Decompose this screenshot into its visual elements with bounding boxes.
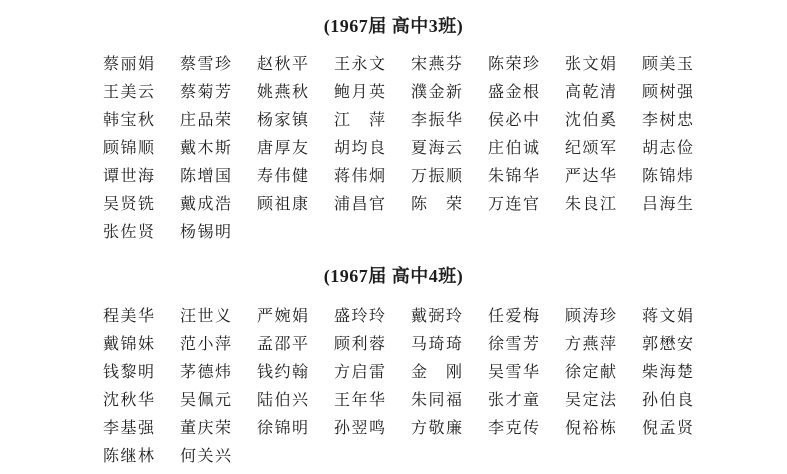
student-name: 顾利蓉 [334, 331, 411, 354]
student-name: 蔡丽娟 [103, 51, 180, 74]
student-name: 姚燕秋 [257, 79, 334, 102]
student-name: 浦昌官 [334, 191, 411, 214]
student-name: 谭世海 [103, 163, 180, 186]
student-name: 吴雪华 [488, 359, 565, 382]
student-name: 高乾清 [565, 79, 642, 102]
name-row: 韩宝秋庄品荣杨家镇江 萍李振华侯必中沈伯奚李树忠 [103, 104, 787, 132]
student-name: 严达华 [565, 163, 642, 186]
name-row: 谭世海陈增国寿伟健蒋伟炯万振顺朱锦华严达华陈锦炜 [103, 160, 787, 188]
student-name: 倪裕栋 [565, 415, 642, 438]
student-name: 徐雪芳 [488, 331, 565, 354]
student-name: 夏海云 [411, 135, 488, 158]
student-name: 戴弼玲 [411, 303, 488, 326]
student-name: 唐厚友 [257, 135, 334, 158]
student-name: 金 刚 [411, 359, 488, 382]
student-name: 何关兴 [180, 443, 257, 466]
name-row: 程美华汪世义严婉娟盛玲玲戴弼玲任爱梅顾涛珍蒋文娟 [103, 300, 787, 328]
name-row: 吴贤铣戴成浩顾祖康浦昌官陈 荣万连官朱良江吕海生 [103, 188, 787, 216]
name-row: 王美云蔡菊芳姚燕秋鲍月英濮金新盛金根高乾清顾树强 [103, 76, 787, 104]
student-name: 杨锡明 [180, 219, 257, 242]
student-name: 朱锦华 [488, 163, 565, 186]
student-name: 柴海楚 [642, 359, 719, 382]
section-title: (1967届 高中4班) [0, 264, 787, 288]
student-name: 胡志俭 [642, 135, 719, 158]
student-name: 戴成浩 [180, 191, 257, 214]
student-name: 孙翌鸣 [334, 415, 411, 438]
student-name: 郭懋安 [642, 331, 719, 354]
student-name: 濮金新 [411, 79, 488, 102]
student-name: 董庆荣 [180, 415, 257, 438]
student-name: 陈继林 [103, 443, 180, 466]
student-name: 张佐贤 [103, 219, 180, 242]
student-name: 任爱梅 [488, 303, 565, 326]
student-name: 蒋文娟 [642, 303, 719, 326]
student-name: 顾涛珍 [565, 303, 642, 326]
student-name: 宋燕芬 [411, 51, 488, 74]
name-row: 戴锦妹范小萍孟邵平顾利蓉马琦琦徐雪芳方燕萍郭懋安 [103, 328, 787, 356]
student-name: 钱黎明 [103, 359, 180, 382]
student-name: 徐定献 [565, 359, 642, 382]
student-name: 茅德炜 [180, 359, 257, 382]
student-name: 陈增国 [180, 163, 257, 186]
name-grid: 蔡丽娟蔡雪珍赵秋平王永文宋燕芬陈荣珍张文娟顾美玉王美云蔡菊芳姚燕秋鲍月英濮金新盛… [103, 48, 787, 244]
student-name: 孟邵平 [257, 331, 334, 354]
name-row: 顾锦顺戴木斯唐厚友胡均良夏海云庄伯诚纪颂军胡志俭 [103, 132, 787, 160]
student-name: 万连官 [488, 191, 565, 214]
class-section: (1967届 高中4班)程美华汪世义严婉娟盛玲玲戴弼玲任爱梅顾涛珍蒋文娟戴锦妹范… [0, 264, 787, 468]
student-name: 杨家镇 [257, 107, 334, 130]
student-name: 赵秋平 [257, 51, 334, 74]
student-name: 戴木斯 [180, 135, 257, 158]
student-name: 王年华 [334, 387, 411, 410]
student-name: 沈伯奚 [565, 107, 642, 130]
name-grid: 程美华汪世义严婉娟盛玲玲戴弼玲任爱梅顾涛珍蒋文娟戴锦妹范小萍孟邵平顾利蓉马琦琦徐… [103, 300, 787, 468]
student-name: 侯必中 [488, 107, 565, 130]
name-row: 李基强董庆荣徐锦明孙翌鸣方敬廉李克传倪裕栋倪孟贤 [103, 412, 787, 440]
document-page: (1967届 高中3班)蔡丽娟蔡雪珍赵秋平王永文宋燕芬陈荣珍张文娟顾美玉王美云蔡… [0, 0, 787, 474]
student-name: 万振顺 [411, 163, 488, 186]
student-name: 盛金根 [488, 79, 565, 102]
student-name: 寿伟健 [257, 163, 334, 186]
student-name: 韩宝秋 [103, 107, 180, 130]
student-name: 汪世义 [180, 303, 257, 326]
student-name: 盛玲玲 [334, 303, 411, 326]
student-name: 吴定法 [565, 387, 642, 410]
student-name: 沈秋华 [103, 387, 180, 410]
student-name: 倪孟贤 [642, 415, 719, 438]
student-name: 胡均良 [334, 135, 411, 158]
name-row: 蔡丽娟蔡雪珍赵秋平王永文宋燕芬陈荣珍张文娟顾美玉 [103, 48, 787, 76]
student-name: 陆伯兴 [257, 387, 334, 410]
student-name: 方燕萍 [565, 331, 642, 354]
student-name: 钱约翰 [257, 359, 334, 382]
student-name: 蔡雪珍 [180, 51, 257, 74]
student-name: 程美华 [103, 303, 180, 326]
student-name: 王永文 [334, 51, 411, 74]
student-name: 李克传 [488, 415, 565, 438]
name-row: 张佐贤杨锡明 [103, 216, 787, 244]
student-name: 吴贤铣 [103, 191, 180, 214]
student-name: 李树忠 [642, 107, 719, 130]
student-name: 朱良江 [565, 191, 642, 214]
name-row: 陈继林何关兴 [103, 440, 787, 468]
student-name: 蒋伟炯 [334, 163, 411, 186]
student-name: 朱同福 [411, 387, 488, 410]
name-row: 沈秋华吴佩元陆伯兴王年华朱同福张才童吴定法孙伯良 [103, 384, 787, 412]
student-name: 鲍月英 [334, 79, 411, 102]
student-name: 吕海生 [642, 191, 719, 214]
student-name: 陈荣珍 [488, 51, 565, 74]
student-name: 庄伯诚 [488, 135, 565, 158]
student-name: 王美云 [103, 79, 180, 102]
student-name: 顾树强 [642, 79, 719, 102]
student-name: 李振华 [411, 107, 488, 130]
section-title: (1967届 高中3班) [0, 14, 787, 38]
student-name: 张才童 [488, 387, 565, 410]
student-name: 陈锦炜 [642, 163, 719, 186]
name-row: 钱黎明茅德炜钱约翰方启雷金 刚吴雪华徐定献柴海楚 [103, 356, 787, 384]
student-name: 徐锦明 [257, 415, 334, 438]
student-name: 吴佩元 [180, 387, 257, 410]
student-name: 陈 荣 [411, 191, 488, 214]
student-name: 孙伯良 [642, 387, 719, 410]
student-name: 张文娟 [565, 51, 642, 74]
student-name: 顾锦顺 [103, 135, 180, 158]
student-name: 范小萍 [180, 331, 257, 354]
student-name: 蔡菊芳 [180, 79, 257, 102]
student-name: 顾祖康 [257, 191, 334, 214]
student-name: 方启雷 [334, 359, 411, 382]
student-name: 庄品荣 [180, 107, 257, 130]
class-section: (1967届 高中3班)蔡丽娟蔡雪珍赵秋平王永文宋燕芬陈荣珍张文娟顾美玉王美云蔡… [0, 14, 787, 244]
student-name: 方敬廉 [411, 415, 488, 438]
student-name: 李基强 [103, 415, 180, 438]
student-name: 戴锦妹 [103, 331, 180, 354]
student-name: 江 萍 [334, 107, 411, 130]
student-name: 纪颂军 [565, 135, 642, 158]
student-name: 严婉娟 [257, 303, 334, 326]
student-name: 顾美玉 [642, 51, 719, 74]
student-name: 马琦琦 [411, 331, 488, 354]
